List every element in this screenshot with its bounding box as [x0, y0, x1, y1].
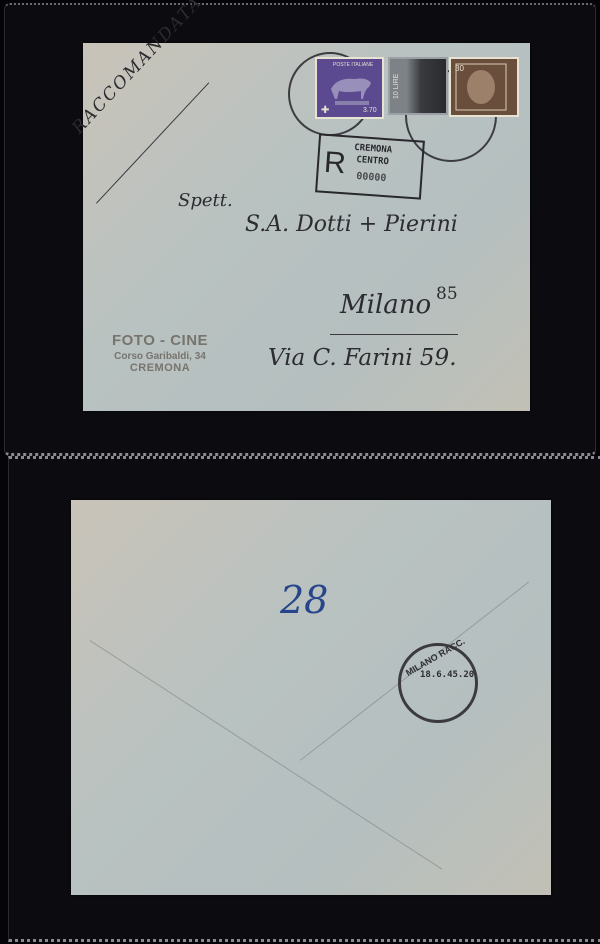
cross-icon: ✚: [321, 105, 329, 116]
registration-number: 00000: [356, 171, 387, 184]
stamp-30-brown: 30: [449, 57, 519, 117]
address-city: Milano: [340, 290, 431, 320]
stamp-3-70-purple: POSTE ITALIANE ✚ 3.70: [315, 57, 384, 119]
registration-label: R CREMONA CENTRO 00000: [315, 133, 425, 199]
sender-street: Corso Garibaldi, 34: [95, 351, 225, 362]
stamp-value: 30: [455, 64, 464, 73]
stamp-value: 3.70: [363, 107, 377, 114]
envelope-back: [71, 500, 551, 895]
city-underline: [330, 334, 458, 335]
stamp-text: 10 LIRE: [393, 74, 400, 99]
sender-city: CREMONA: [95, 362, 225, 374]
address-salutation: Spett.: [178, 190, 233, 211]
stamp-10-lire-grey: 10 LIRE: [388, 57, 448, 115]
sender-imprint: FOTO - CINE Corso Garibaldi, 34 CREMONA: [95, 332, 225, 374]
address-street: Via C. Farini 59.: [268, 345, 457, 371]
registration-branch: CENTRO: [356, 155, 389, 167]
registration-letter: R: [323, 146, 347, 181]
sender-name: FOTO - CINE: [95, 332, 225, 349]
arrival-postmark-date: 18.6.45.20: [420, 670, 474, 680]
address-recipient: S.A. Dotti + Pierini: [245, 212, 458, 237]
registration-office: CREMONA: [354, 143, 393, 156]
address-annotation: 85: [436, 284, 458, 304]
back-handwritten-number: 28: [280, 578, 328, 622]
